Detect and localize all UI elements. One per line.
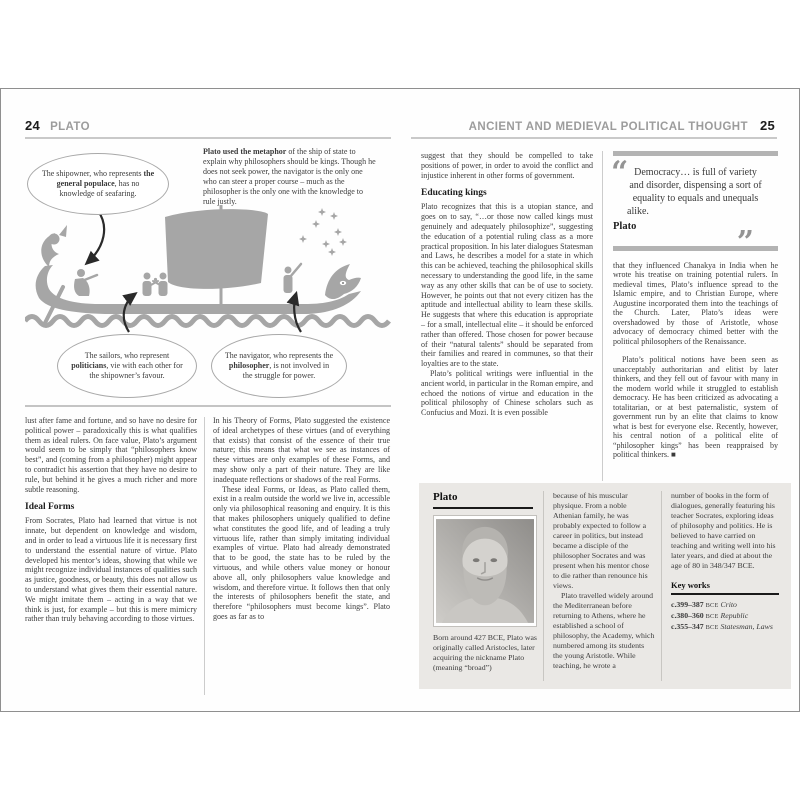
biography-column-3: number of books in the form of dialogues… (671, 491, 779, 633)
key-work-entry: c.355–347 BCE Statesman, Laws (671, 622, 779, 633)
book-spread: 24PLATO ANCIENT AND MEDIEVAL POLITICAL T… (0, 88, 800, 712)
stern-volute (41, 225, 67, 267)
navigator-figure (284, 264, 302, 293)
plato-bust-portrait (433, 515, 537, 627)
left-page-divider-rule (25, 405, 391, 407)
right-page-header: ANCIENT AND MEDIEVAL POLITICAL THOUGHT25 (469, 117, 775, 135)
right-page-number: 25 (760, 118, 775, 133)
key-works-rule (671, 593, 779, 595)
illustration-caption: Plato used the metaphor of the ship of s… (203, 147, 377, 207)
quote-text: Democracy… is full of variety and disord… (613, 156, 778, 222)
left-page-column-2: In his Theory of Forms, Plato suggested … (213, 416, 390, 698)
close-quote-icon: ” (737, 228, 754, 258)
paragraph: Plato travelled widely around the Medite… (553, 591, 655, 671)
sail (165, 209, 268, 289)
paragraph: From Socrates, Plato had learned that vi… (25, 516, 197, 624)
biography-portrait-caption: Born around 427 BCE, Plato was originall… (433, 633, 541, 673)
paragraph: number of books in the form of dialogues… (671, 491, 779, 571)
right-header-rule (411, 137, 777, 139)
pull-quote: “ Democracy… is full of variety and diso… (613, 156, 778, 246)
paragraph: Plato’s political notions have been seen… (613, 355, 778, 460)
right-page-column-1: suggest that they should be compelled to… (421, 151, 593, 483)
ship-of-state-illustration (25, 199, 397, 335)
sailor-figures (143, 273, 168, 297)
water-waves (25, 317, 389, 326)
paragraph: Plato recognizes that this is a utopian … (421, 202, 593, 369)
shipowner-figure (74, 269, 97, 296)
bubble-sailors-text: The sailors, who represent politicians, … (70, 351, 184, 381)
key-works-heading: Key works (671, 580, 779, 590)
quote-attribution: Plato ” (613, 222, 778, 246)
key-work-entry: c.399–387 BCE Crito (671, 600, 779, 611)
speech-bubble-shipowner: The shipowner, who represents the genera… (27, 153, 169, 215)
paragraph: Plato’s political writings were influent… (421, 369, 593, 418)
biography-title: Plato (433, 491, 457, 503)
bubble-navigator-text: The navigator, who represents the philos… (224, 351, 334, 381)
biography-title-rule (433, 507, 533, 509)
paragraph: In his Theory of Forms, Plato suggested … (213, 416, 390, 485)
right-page-title: ANCIENT AND MEDIEVAL POLITICAL THOUGHT (469, 121, 748, 133)
arrow-to-shipowner (87, 211, 104, 263)
paragraph: because of his muscular physique. From a… (553, 491, 655, 591)
biography-box: Plato Born around 427 BCE, Plato was ori… (419, 483, 791, 689)
column-rule (602, 151, 603, 481)
right-page-column-2: “ Democracy… is full of variety and diso… (613, 151, 778, 483)
section-heading-educating-kings: Educating kings (421, 188, 593, 199)
paragraph: lust after fame and fortune, and so have… (25, 416, 197, 494)
section-heading-ideal-forms: Ideal Forms (25, 502, 197, 513)
speech-bubble-sailors: The sailors, who represent politicians, … (57, 334, 197, 398)
column-rule (543, 491, 544, 681)
caption-lead: Plato used the metaphor (203, 147, 286, 156)
left-header-rule (25, 137, 391, 139)
paragraph: that they influenced Chanakya in India w… (613, 261, 778, 347)
left-page-title: PLATO (50, 121, 90, 133)
biography-column-2: because of his muscular physique. From a… (553, 491, 655, 671)
left-page-column-1: lust after fame and fortune, and so have… (25, 416, 197, 698)
paragraph: suggest that they should be compelled to… (421, 151, 593, 180)
speech-bubble-navigator: The navigator, who represents the philos… (211, 334, 347, 398)
bubble-shipowner-text: The shipowner, who represents the genera… (40, 169, 156, 199)
left-page-header: 24PLATO (25, 117, 90, 135)
key-work-entry: c.380–360 BCE Republic (671, 611, 779, 622)
column-rule (204, 417, 205, 695)
paragraph: These ideal Forms, or Ideas, as Plato ca… (213, 485, 390, 622)
left-page-number: 24 (25, 118, 40, 133)
column-rule (661, 491, 662, 681)
star-icons (299, 208, 347, 256)
